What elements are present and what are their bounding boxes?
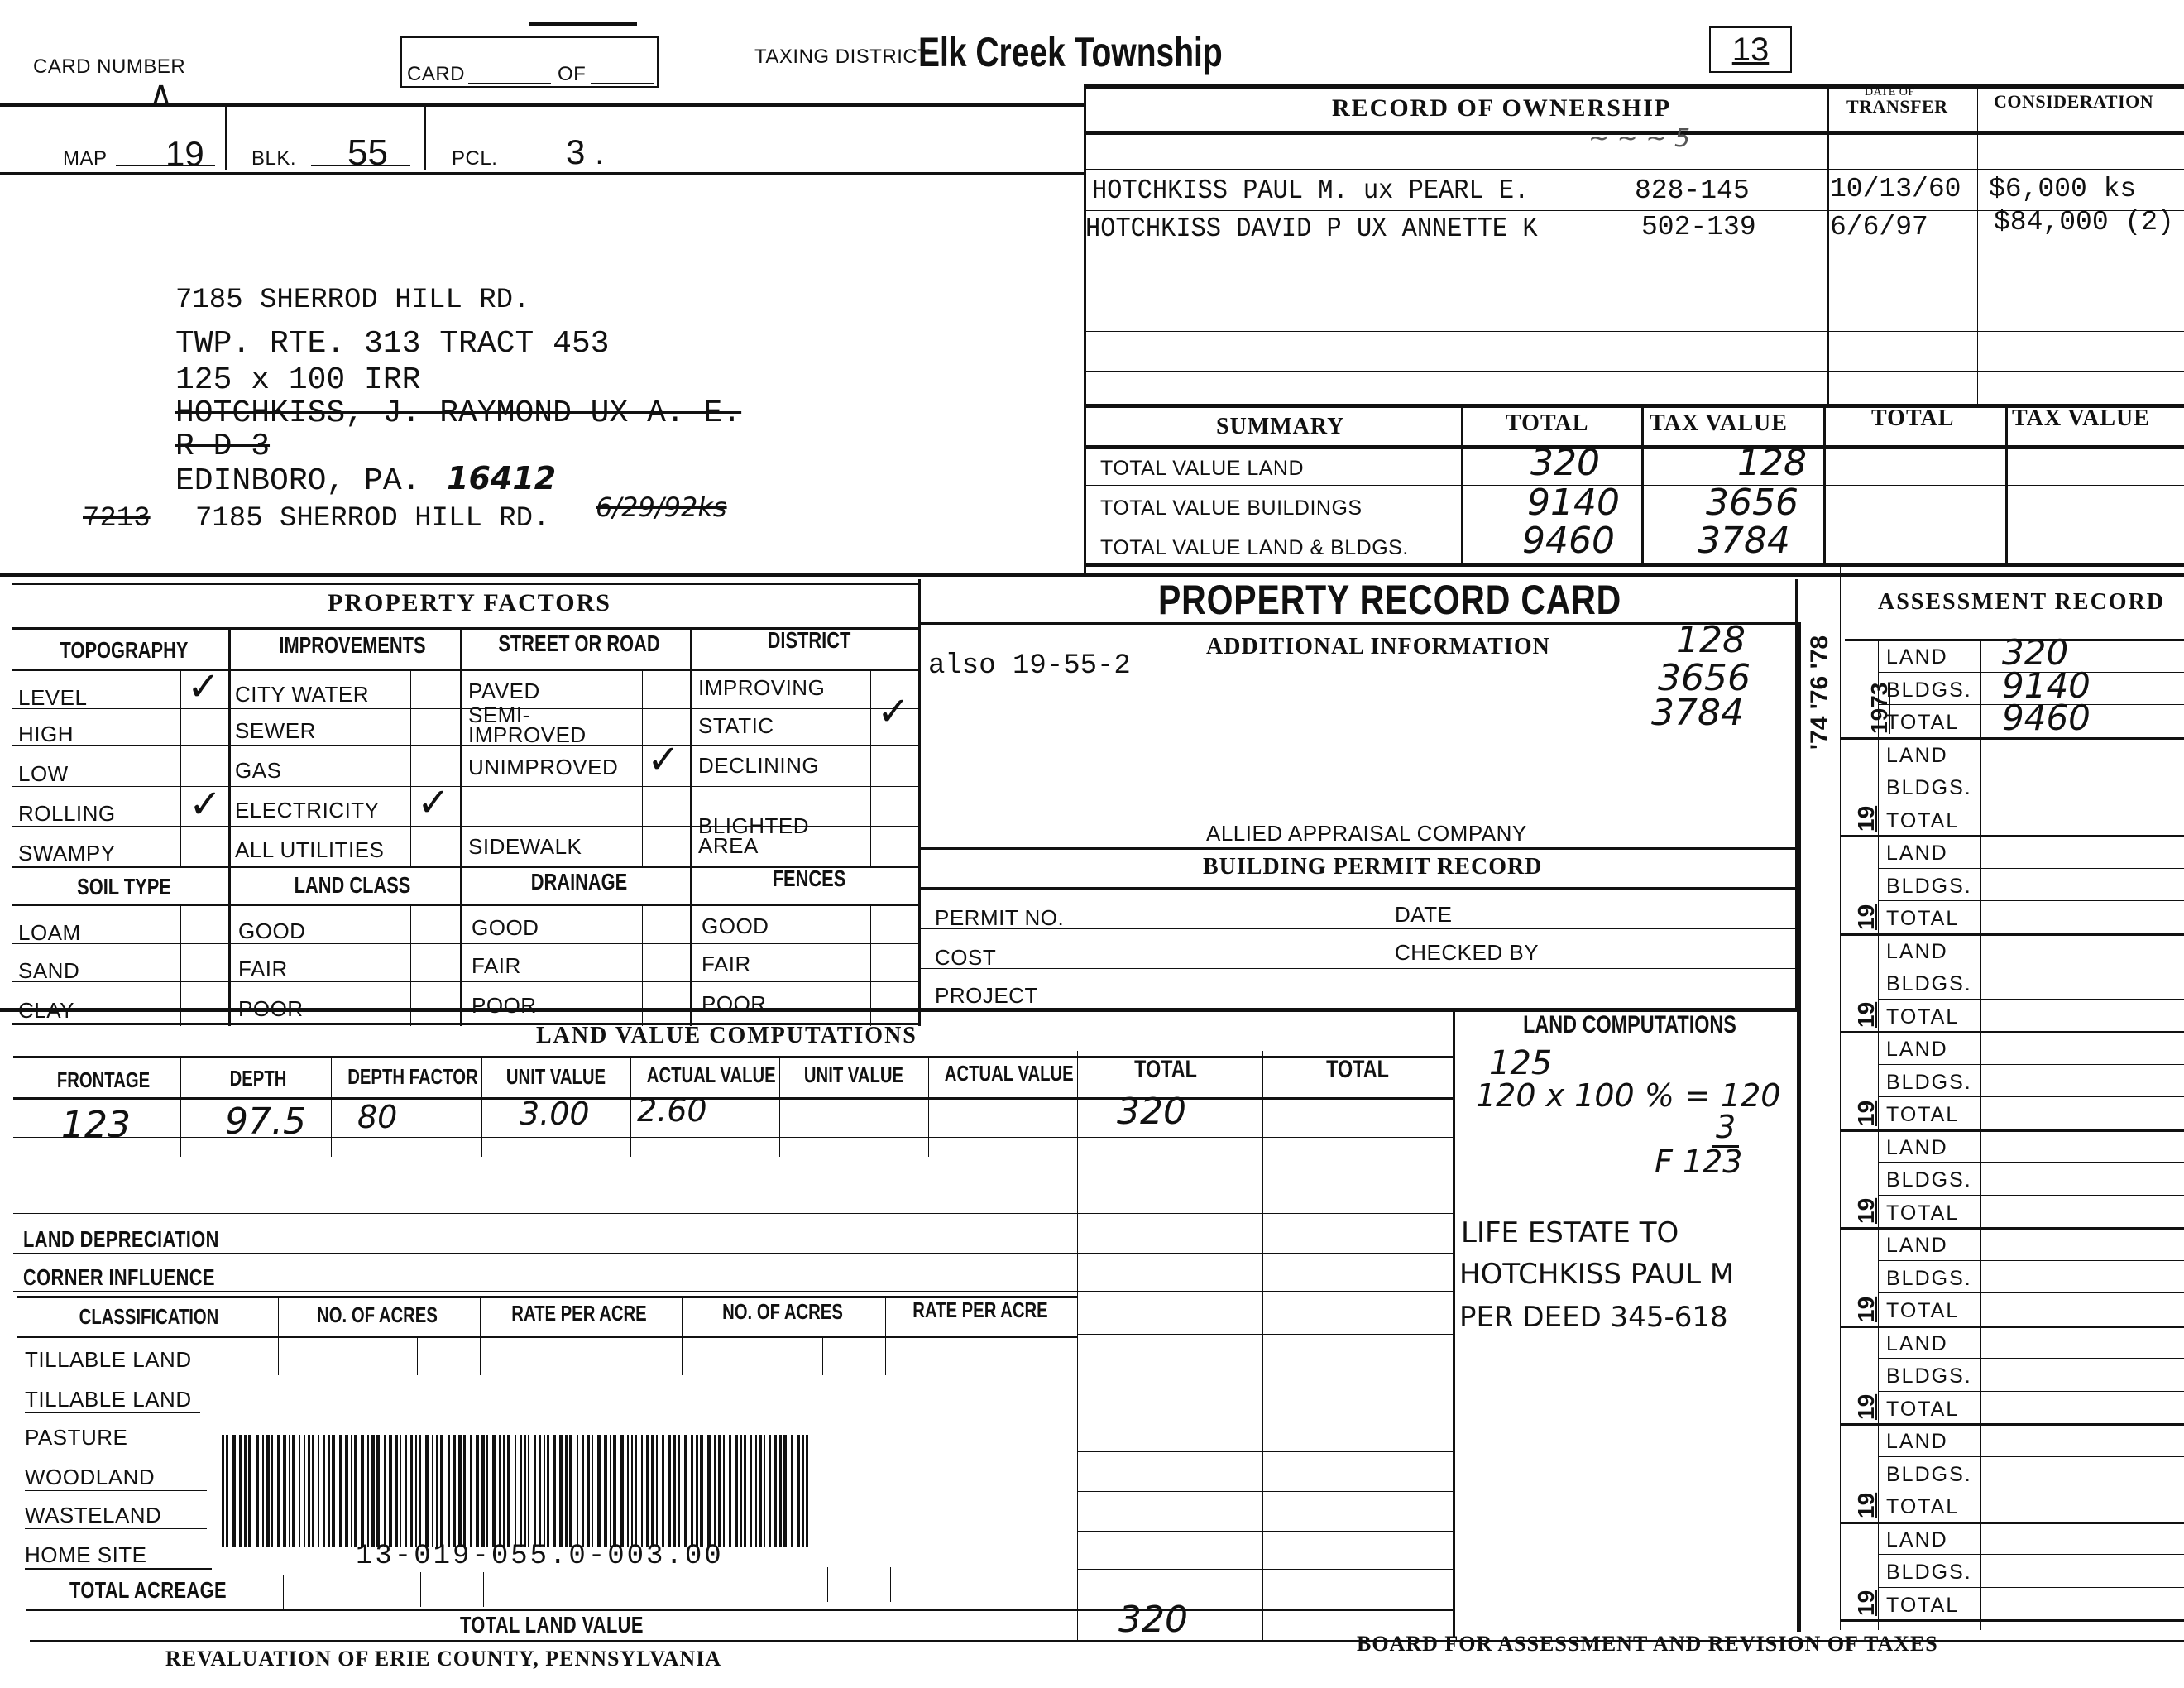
assessment-row-label: LAND [1886,940,1948,964]
barcode-bar [292,1435,295,1547]
summary-combined-total: 9460 [1522,520,1615,562]
barcode-bar [577,1435,578,1547]
acreage-total-divider [890,1567,891,1602]
assessment-row-line [1878,966,2184,966]
permit-checked-by-label: CHECKED BY [1395,940,1539,966]
permit-title-bottom [920,887,1797,890]
summary-col-total-2: TOTAL [1871,405,1954,432]
barcode-bar [351,1435,352,1547]
improv-electricity[interactable]: ELECTRICITY [235,798,380,823]
transfer-date: 6/6/97 [1830,212,1928,242]
additional-handwritten-3784: 3784 [1651,692,1744,734]
lv-col-divider [331,1056,332,1157]
pcl-label: PCL. [452,147,497,170]
assessment-row-label: TOTAL [1886,1299,1959,1323]
blk-value[interactable]: 55 [347,132,388,174]
barcode-bar [323,1435,325,1547]
check-rolling-icon[interactable]: ✓ [189,784,222,824]
assessment-row-label: TOTAL [1886,1495,1959,1519]
assessment-row-label: LAND [1886,842,1948,866]
assessment-row-label: BLDGS. [1886,1463,1972,1487]
topo-low[interactable]: LOW [18,761,69,787]
land-computations-left-border [1453,1008,1455,1637]
card-number-label: CARD NUMBER [33,56,124,78]
class-tillable-land[interactable]: TILLABLE LAND [25,1347,192,1373]
life-estate-note-1: LIFE ESTATE TO [1461,1216,1679,1249]
barcode-bar [262,1435,264,1547]
factors-row-line [12,786,918,787]
assessment-row-label: LAND [1886,1038,1948,1062]
class-pasture[interactable]: PASTURE [25,1425,207,1451]
barcode-bar [802,1435,804,1547]
drainage-poor[interactable]: POOR [472,993,537,1019]
barcode-bar [759,1435,762,1547]
land-total-value: 320 [1117,1091,1186,1133]
barcode-bar [289,1435,290,1547]
assessment-row-label: BLDGS. [1886,776,1972,800]
address-line-5-struck: R D 3 [175,429,270,464]
street-road-header: STREET OR ROAD [496,631,663,657]
barcode-bar [774,1435,777,1547]
summary-col-tax-value: TAX VALUE [1650,410,1788,437]
district-blighted-label: BLIGHTED AREA [698,813,809,858]
summary-land-tax: 128 [1737,442,1807,484]
barcode-bar [696,1435,698,1547]
summary-bldgs-tax: 3656 [1706,482,1798,524]
taxing-district-label: TAXING DISTRICT [754,46,879,68]
check-level-icon[interactable]: ✓ [187,667,220,707]
acreage-col-divider [278,1296,279,1375]
class-tillable-land-2[interactable]: TILLABLE LAND [25,1387,200,1413]
address-line-2: TWP. RTE. 313 TRACT 453 [175,326,610,362]
permit-cost-label: COST [935,945,996,971]
pcl-value[interactable]: 3 . [566,132,605,172]
card-of-box[interactable]: CARD OF [400,36,659,88]
col-no-of-acres: NO. OF ACRES [299,1302,454,1328]
topography-header: TOPOGRAPHY [46,637,201,664]
owner-name: HOTCHKISS PAUL M. ux PEARL E. [1092,175,1529,206]
deed-book-page: 502-139 [1641,212,1756,242]
total-land-value[interactable]: 320 [1118,1599,1188,1641]
factors-col-divider [228,627,231,866]
col-classification: CLASSIFICATION [50,1304,247,1330]
assessment-row-label: LAND [1886,1234,1948,1258]
assessment-block-divider [1840,1326,2184,1328]
class-wasteland[interactable]: WASTELAND [25,1503,207,1529]
soil-type-header: SOIL TYPE [46,874,201,900]
blk-label: BLK. [251,147,296,170]
assessment-row-label: BLDGS. [1886,875,1972,899]
map-label: MAP [63,147,108,170]
unit-value: 3.00 [520,1096,590,1132]
summary-land-total: 320 [1530,442,1600,484]
barcode-bar [635,1435,637,1547]
header-divider [0,103,1084,107]
assessment-row-label: BLDGS. [1886,1561,1972,1585]
barcode-bar [735,1435,738,1547]
land-comp-line-3: 3 [1712,1109,1739,1148]
soil-loam[interactable]: LOAM [18,920,81,946]
street-unimproved[interactable]: UNIMPROVED [468,755,618,780]
barcode-bar [806,1435,808,1547]
assessment-year: 19 [1853,1191,1880,1224]
transfer-date: 10/13/60 [1830,174,1961,204]
assessment-title: ASSESSMENT RECORD [1878,589,2165,616]
land-depreciation-label: LAND DEPRECIATION [23,1226,219,1253]
appraiser-name: ALLIED APPRAISAL COMPANY [1206,821,1527,846]
side-year-right-border [1840,563,1841,1630]
improv-sewer[interactable]: SEWER [235,718,316,744]
barcode-bar [415,1435,417,1547]
old-house-number: 7213 [83,503,151,535]
barcode-bar [410,1435,413,1547]
summary-row-line [1084,485,2184,486]
deed-book-page: 828-145 [1635,175,1750,206]
fences-fair[interactable]: FAIR [702,952,751,977]
barcode-bar [620,1435,624,1547]
barcode-bar [440,1435,443,1547]
barcode-bar [395,1435,398,1547]
side-years-handwritten: '74 '76 '78 [1806,635,1834,750]
improv-gas[interactable]: GAS [235,758,281,784]
address-line-4-struck: HOTCHKISS, J. RAYMOND UX A. E. [175,396,741,431]
acreage-header-bottom [17,1336,1077,1338]
permit-date-label: DATE [1395,902,1452,928]
check-unimproved-icon[interactable]: ✓ [647,740,680,779]
total-acreage-label: TOTAL ACREAGE [69,1577,227,1604]
barcode-bar [764,1435,765,1547]
barcode-bar [232,1435,236,1547]
zip-handwritten: 16412 [447,460,556,496]
factors-row-line [12,745,918,746]
barcode-bar [553,1435,556,1547]
address-line-3: 125 x 100 IRR [175,362,420,398]
barcode-bar [684,1435,687,1547]
barcode-bar [453,1435,456,1547]
land-value-header-bottom [13,1097,1453,1100]
assessment-row-line [1878,1456,2184,1457]
address-line-1: 7185 SHERROD HILL RD. [175,285,529,316]
barcode-bar [448,1435,450,1547]
col-unit-value: UNIT VALUE [499,1064,612,1090]
frontage-value: 123 [61,1104,131,1146]
assessment-block-divider [1840,1129,2184,1132]
summary-col-divider [1641,404,1644,563]
barcode-bar [503,1435,505,1547]
col-unit-value-2: UNIT VALUE [797,1062,910,1088]
lv-row-line [13,1291,1453,1292]
ownership-row-line [1084,371,2184,372]
barcode-bar [266,1435,270,1547]
barcode-bar [515,1435,516,1547]
landclass-fair[interactable]: FAIR [238,957,288,982]
assessment-row-label: TOTAL [1886,1594,1959,1618]
land-value-header-top [13,1056,1453,1058]
permit-row-line [920,968,1797,969]
barcode-bar [755,1435,757,1547]
assessment-row-label: BLDGS. [1886,1267,1972,1291]
street-sidewalk[interactable]: SIDEWALK [468,834,582,860]
assessment-row-line [1878,803,2184,803]
col-rate-per-acre-2: RATE PER ACRE [906,1297,1054,1323]
assessment-year: 19 [1853,1387,1880,1420]
improv-city-water[interactable]: CITY WATER [235,682,369,707]
barcode-bar [791,1435,793,1547]
check-col-divider [870,669,871,866]
consideration: $6,000 ks [1989,174,2136,204]
barcode-bar [631,1435,633,1547]
check-col-divider [180,669,181,866]
topo-rolling[interactable]: ROLLING [18,801,116,827]
land-computations-title: LAND COMPUTATIONS [1507,1011,1752,1039]
factors-header-bottom [12,669,918,671]
card-blank[interactable] [468,83,551,84]
barcode-bar [376,1435,380,1547]
barcode-bar [597,1435,601,1547]
barcode-bar [779,1435,782,1547]
drainage-fair[interactable]: FAIR [472,953,521,979]
barcode-bar [744,1435,746,1547]
barcode-bar [700,1435,703,1547]
barcode-bar [582,1435,584,1547]
total-land-value-label: TOTAL LAND VALUE [460,1612,644,1638]
barcode-bar [299,1435,300,1547]
assessment-row-label: TOTAL [1886,1398,1959,1422]
assessment-row-line [1878,1292,2184,1293]
assessment-row-line [1878,1162,2184,1163]
barcode-bar [769,1435,771,1547]
consideration-header: CONSIDERATION [1994,91,2153,113]
street-semi-improved[interactable]: SEMI- IMPROVED [468,705,587,745]
assessment-row-line [1878,1260,2184,1261]
of-blank[interactable] [591,83,654,84]
fences-good[interactable]: GOOD [702,914,769,939]
class-home-site[interactable]: HOME SITE [25,1542,212,1570]
assessment-row-line [1878,1195,2184,1196]
land-value-title: LAND VALUE COMPUTATIONS [536,1023,917,1049]
new-address: 7185 SHERROD HILL RD. [195,503,549,535]
assessment-row-line [1878,868,2184,869]
soil-header-bottom [12,904,918,906]
assessment-row-label: LAND [1886,744,1948,768]
street-semi-improved-label: SEMI- IMPROVED [468,703,587,747]
assessment-block-divider [1840,933,2184,936]
permit-project-label: PROJECT [935,983,1038,1009]
barcode-bar [308,1435,310,1547]
lv-total-row [1077,1334,1453,1335]
assessment-block-divider [1840,1522,2184,1524]
barcode-bar [436,1435,438,1547]
barcode-bar [419,1435,421,1547]
barcode-bar [610,1435,611,1547]
street-paved[interactable]: PAVED [468,679,540,704]
assessment-row-line [1878,900,2184,901]
barcode-bar [565,1435,568,1547]
lv-col-divider [928,1056,929,1157]
footer-revaluation: REVALUATION OF ERIE COUNTY, PENNSYLVANIA [165,1647,721,1671]
lv-total-divider [1077,1051,1078,1640]
barcode-bar [486,1435,488,1547]
blk-divider [424,103,426,170]
barcode-bar [371,1435,375,1547]
taxing-district-name: Elk Creek Township [918,28,1223,76]
map-value[interactable]: 19 [165,134,204,174]
barcode-bar [312,1435,314,1547]
assessment-year: 19 [1853,897,1880,930]
barcode-bar [646,1435,649,1547]
barcode-bar [405,1435,407,1547]
district-static[interactable]: STATIC [698,713,774,739]
barcode-bar [524,1435,526,1547]
col-no-of-acres-2: NO. OF ACRES [705,1299,860,1325]
topo-high[interactable]: HIGH [18,722,74,747]
assessment-row-label: BLDGS. [1886,972,1972,996]
life-estate-note-3: PER DEED 345-618 [1459,1301,1728,1334]
check-static-icon[interactable]: ✓ [877,692,910,731]
map-divider [225,103,227,170]
col-actual-value: ACTUAL VALUE [647,1062,763,1088]
barcode-bar [613,1435,616,1547]
summary-col-total: TOTAL [1506,410,1588,437]
ownership-faint-scribble: ~ ~ ~ 5 [1588,124,1690,153]
assessment-block-divider [1840,1619,2184,1622]
check-electricity-icon[interactable]: ✓ [417,783,450,822]
district-blighted-area[interactable]: BLIGHTED AREA [698,816,809,856]
corner-influence-label: CORNER INFLUENCE [23,1264,215,1291]
assessment-year: 19 [1853,1485,1880,1518]
additional-info-label: ADDITIONAL INFORMATION [1206,634,1550,660]
topo-level[interactable]: LEVEL [18,685,87,711]
barcode-bar [587,1435,590,1547]
assessment-row-line [1878,1554,2184,1555]
barcode-bar [604,1435,607,1547]
card-label: CARD [407,63,465,86]
permit-no-label: PERMIT NO. [935,905,1064,931]
barcode-bar [559,1435,563,1547]
barcode-bar [476,1435,479,1547]
building-permit-title: BUILDING PERMIT RECORD [1203,854,1542,880]
barcode-bar [723,1435,725,1547]
factors-col-divider [690,627,692,866]
barcode-bar [547,1435,549,1547]
barcode-bar [361,1435,364,1547]
summary-col-tax-value-2: TAX VALUE [2012,405,2150,432]
barcode-bar [668,1435,671,1547]
barcode-bar [507,1435,510,1547]
barcode-bar [691,1435,693,1547]
assessment-block-divider [1840,1031,2184,1033]
assessment-year: 19 [1853,1583,1880,1616]
assessment-row-line [1878,1096,2184,1097]
assessment-block-divider [1840,1227,2184,1230]
district-declining[interactable]: DECLINING [698,753,819,779]
additional-handwritten-128: 128 [1676,619,1746,661]
topo-swampy[interactable]: SWAMPY [18,841,116,866]
improv-all-utilities[interactable]: ALL UTILITIES [235,837,384,863]
summary-bldgs-total: 9140 [1527,482,1620,524]
barcode-bar [222,1435,224,1547]
acreage-col-divider [480,1296,481,1375]
acreage-col-divider [682,1296,682,1375]
barcode-bar [539,1435,541,1547]
top-rule [529,22,637,26]
factors-col-divider [460,627,462,866]
ownership-row-line [1084,247,2184,247]
assessment-row-label: TOTAL [1886,907,1959,931]
assessment-row-label: TOTAL [1886,1201,1959,1225]
summary-title: SUMMARY [1216,414,1344,440]
lv-row-line [13,1213,1453,1214]
card-number-value[interactable]: ∧ [149,74,173,113]
assessment-row-line [1878,1489,2184,1489]
soil-col-divider [460,866,462,1026]
summary-row-line [1084,525,2184,525]
land-comp-line-4: F 123 [1655,1144,1742,1180]
district-improving[interactable]: IMPROVING [698,675,825,701]
barcode-bar [662,1435,664,1547]
depth-value: 97.5 [225,1101,306,1143]
lv-total-row [1077,1412,1453,1412]
check-col-divider [642,669,643,866]
lv-total-row [1077,1569,1453,1570]
assessment-row-label: BLDGS. [1886,1168,1972,1192]
barcode-bar [432,1435,433,1547]
class-woodland[interactable]: WOODLAND [25,1465,207,1491]
barcode-bar [354,1435,357,1547]
barcode-bar [707,1435,711,1547]
col-depth: DEPTH [200,1066,316,1091]
soil-col-divider [228,866,231,1026]
summary-header-bottom [1084,445,2184,449]
actual-value: 2.60 [637,1092,707,1129]
acreage-col-divider [822,1336,823,1375]
life-estate-note-2: HOTCHKISS PAUL M [1459,1258,1734,1291]
assessment-year-col [1878,639,1879,1630]
barcode-bar [283,1435,286,1547]
barcode-bar [304,1435,305,1547]
assessment-row-label: TOTAL [1886,711,1959,735]
ownership-left-border [1084,86,1086,573]
ownership-top-border [1084,84,2184,89]
barcode-bar [244,1435,247,1547]
acreage-total-divider [283,1575,284,1609]
barcode-bar [339,1435,342,1547]
barcode-bar [714,1435,716,1547]
permit-top [920,847,1797,850]
drainage-good[interactable]: GOOD [472,915,539,941]
col-depth-factor: DEPTH FACTOR [347,1064,467,1090]
factors-top [12,583,918,585]
barcode-bar [544,1435,545,1547]
barcode-bar [520,1435,522,1547]
assessment-total-value: 9460 [2002,698,2091,738]
barcode-bar [425,1435,429,1547]
acreage-total-divider [687,1569,687,1604]
property-factors-title: PROPERTY FACTORS [328,589,611,617]
barcode-bar [740,1435,742,1547]
fences-poor[interactable]: POOR [702,991,767,1017]
barcode-bar [256,1435,259,1547]
assessment-row-line [1878,1358,2184,1359]
lv-col-divider [180,1056,181,1157]
barcode-bar [656,1435,658,1547]
soil-sand[interactable]: SAND [18,958,79,984]
property-record-card-title: PROPERTY RECORD CARD [1158,576,1621,624]
ownership-row-line [1084,331,2184,332]
barcode-bar [389,1435,392,1547]
barcode-bar [528,1435,529,1547]
landclass-good[interactable]: GOOD [238,918,305,944]
